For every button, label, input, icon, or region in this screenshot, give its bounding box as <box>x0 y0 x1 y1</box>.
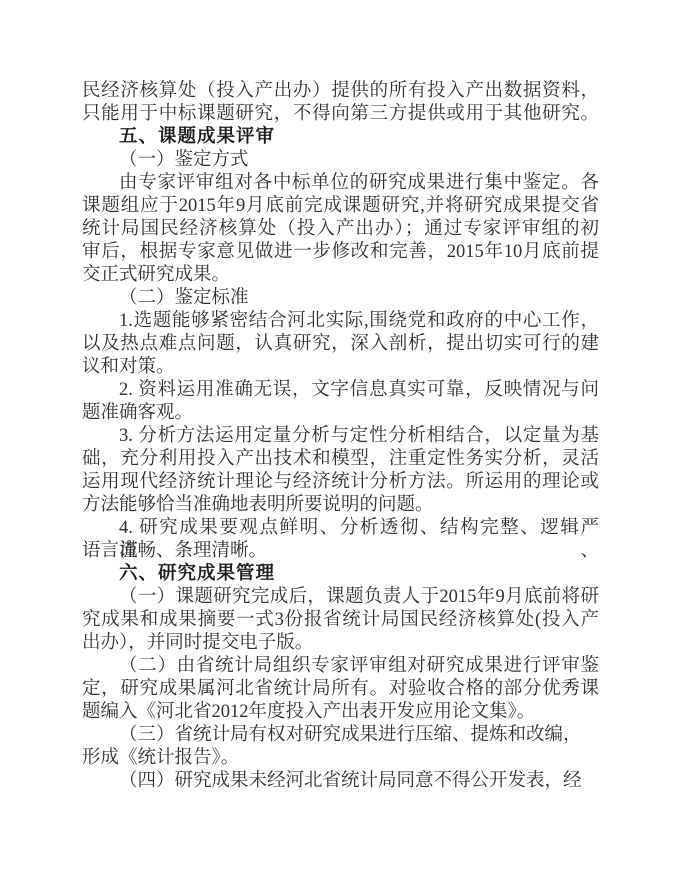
document-line: （一）鉴定方式 <box>82 149 599 172</box>
document-line: 定，研究成果属河北省统计局所有。对验收合格的部分优秀课 <box>82 678 599 701</box>
document-line: 运用现代经济统计理论与经济统计分析方法。所运用的理论或 <box>82 471 599 494</box>
document-line: 以及热点难点问题，认真研究，深入剖析，提出切实可行的建 <box>82 333 599 356</box>
document-line: （三）省统计局有权对研究成果进行压缩、提炼和改编， <box>82 724 599 747</box>
document-line: 形成《统计报告》。 <box>82 747 599 770</box>
document-line: 由专家评审组对各中标单位的研究成果进行集中鉴定。各 <box>82 172 599 195</box>
document-page: 民经济核算处（投入产出办）提供的所有投入产出数据资料，只能用于中标课题研究，不得… <box>0 0 680 880</box>
document-line: 议和对策。 <box>82 356 599 379</box>
document-line: （二）鉴定标准 <box>82 287 599 310</box>
document-line: 究成果和成果摘要一式3份报省统计局国民经济核算处(投入产 <box>82 609 599 632</box>
section-heading: 六、研究成果管理 <box>82 563 599 586</box>
document-line: 题编入《河北省2012年度投入产出表开发应用论文集》。 <box>82 701 599 724</box>
document-line: 础，充分利用投入产出技术和模型，注重定性务实分析，灵活 <box>82 448 599 471</box>
document-line: 1.选题能够紧密结合河北实际,围绕党和政府的中心工作， <box>82 310 599 333</box>
document-line: 交正式研究成果。 <box>82 264 599 287</box>
document-line: 课题组应于2015年9月底前完成课题研究,并将研究成果提交省 <box>82 195 599 218</box>
document-line: （一）课题研究完成后，课题负责人于2015年9月底前将研 <box>82 586 599 609</box>
document-line: 题准确客观。 <box>82 402 599 425</box>
document-body: 民经济核算处（投入产出办）提供的所有投入产出数据资料，只能用于中标课题研究，不得… <box>82 80 599 793</box>
document-line: 审后，根据专家意见做进一步修改和完善，2015年10月底前提 <box>82 241 599 264</box>
document-line: （二）由省统计局组织专家评审组对研究成果进行评审鉴 <box>82 655 599 678</box>
document-line: 出办），并同时提交电子版。 <box>82 632 599 655</box>
document-line: 只能用于中标课题研究，不得向第三方提供或用于其他研究。 <box>82 103 599 126</box>
section-heading: 五、课题成果评审 <box>82 126 599 149</box>
document-line: 方法能够恰当准确地表明所要说明的问题。 <box>82 494 599 517</box>
document-line: 2. 资料运用准确无误，文字信息真实可靠，反映情况与问 <box>82 379 599 402</box>
document-line: 民经济核算处（投入产出办）提供的所有投入产出数据资料， <box>82 80 599 103</box>
document-line: 4. 研究成果要观点鲜明、分析透彻、结构完整、逻辑严谨、 <box>82 517 599 540</box>
document-line: 统计局国民经济核算处（投入产出办）；通过专家评审组的初 <box>82 218 599 241</box>
document-line: （四）研究成果未经河北省统计局同意不得公开发表，经 <box>82 770 599 793</box>
document-line: 3. 分析方法运用定量分析与定性分析相结合，以定量为基 <box>82 425 599 448</box>
